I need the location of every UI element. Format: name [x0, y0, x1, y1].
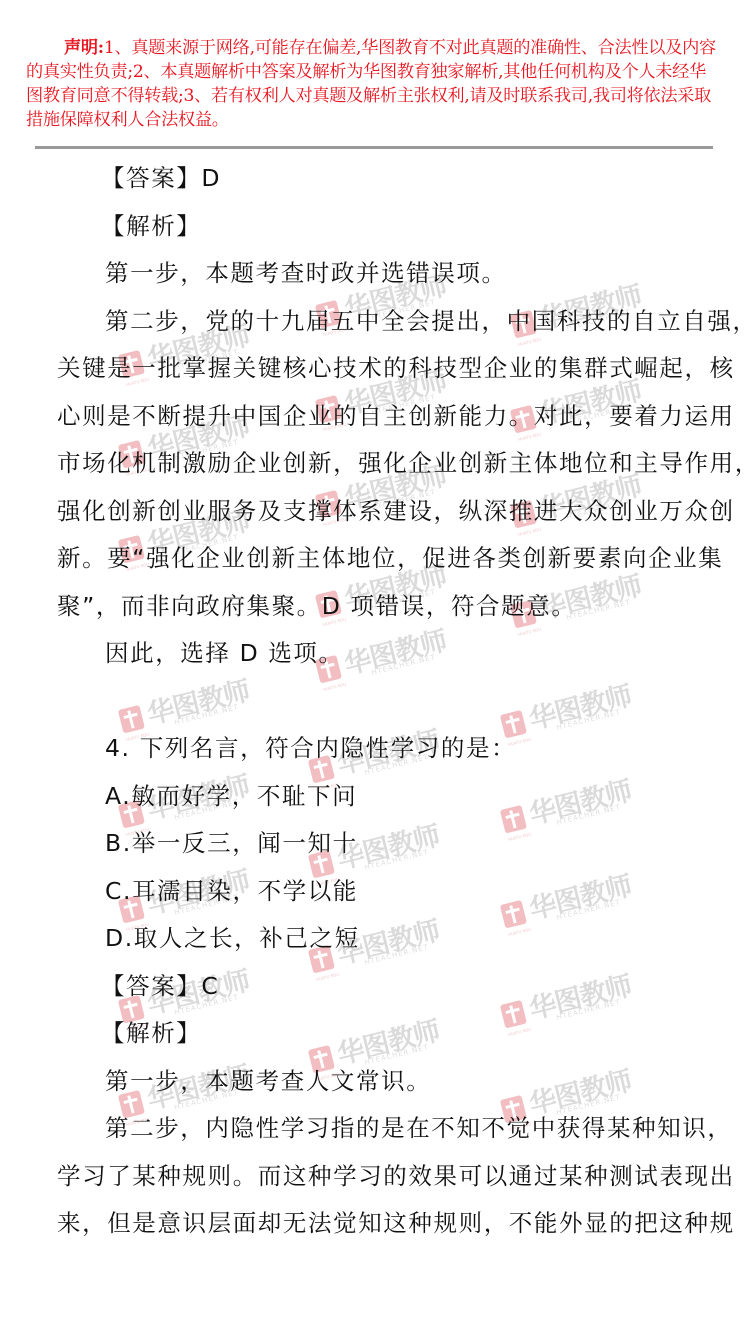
- q3-step2-line: 强化创新创业服务及支撑体系建设，纵深推进大众创业万众创: [57, 488, 717, 536]
- q4-option-c: C.耳濡目染，不学以能: [57, 868, 717, 916]
- q4-step2-line: 学习了某种规则。而这种学习的效果可以通过某种测试表现出: [57, 1153, 717, 1201]
- q3-step1: 第一步，本题考查时政并选错误项。: [57, 250, 717, 298]
- spacer: [57, 678, 717, 726]
- answer-label-q4: 【答案】C: [57, 963, 717, 1011]
- q3-conclusion: 因此，选择 D 选项。: [57, 630, 717, 678]
- disclaimer-notice: 声明:1、真题来源于网络,可能存在偏差,华图教育不对此真题的准确性、合法性以及内…: [26, 36, 716, 132]
- disclaimer-label: 声明:: [64, 38, 104, 58]
- q4-option-b: B.举一反三，闻一知十: [57, 820, 717, 868]
- q3-step2-line: 新。要“强化企业创新主体地位，促进各类创新要素向企业集: [57, 535, 717, 583]
- header-divider: [35, 146, 713, 149]
- answer-label-q3: 【答案】D: [57, 155, 717, 203]
- q4-step2-line: 第二步，内隐性学习指的是在不知不觉中获得某种知识，: [57, 1105, 717, 1153]
- q3-step2-line: 聚”，而非向政府集聚。D 项错误，符合题意。: [57, 583, 717, 631]
- q4-stem: 4. 下列名言，符合内隐性学习的是：: [57, 725, 717, 773]
- analysis-label-q3: 【解析】: [57, 203, 717, 251]
- document-body: 【答案】D 【解析】 第一步，本题考查时政并选错误项。 第二步，党的十九届五中全…: [57, 155, 717, 1248]
- analysis-label-q4: 【解析】: [57, 1010, 717, 1058]
- q3-step2-line: 关键是一批掌握关键核心技术的科技型企业的集群式崛起，核: [57, 345, 717, 393]
- q4-option-d: D.取人之长，补己之短: [57, 915, 717, 963]
- q4-option-a: A.敏而好学，不耻下问: [57, 773, 717, 821]
- q3-step2-line: 市场化机制激励企业创新，强化企业创新主体地位和主导作用，: [57, 440, 717, 488]
- q4-step1: 第一步，本题考查人文常识。: [57, 1058, 717, 1106]
- q4-step2-line: 来，但是意识层面却无法觉知这种规则，不能外显的把这种规: [57, 1200, 717, 1248]
- q3-step2-line: 心则是不断提升中国企业的自主创新能力。对此，要着力运用: [57, 393, 717, 441]
- q3-step2-line: 第二步，党的十九届五中全会提出，中国科技的自立自强，: [57, 298, 717, 346]
- disclaimer-text: 1、真题来源于网络,可能存在偏差,华图教育不对此真题的准确性、合法性以及内容的真…: [26, 38, 716, 130]
